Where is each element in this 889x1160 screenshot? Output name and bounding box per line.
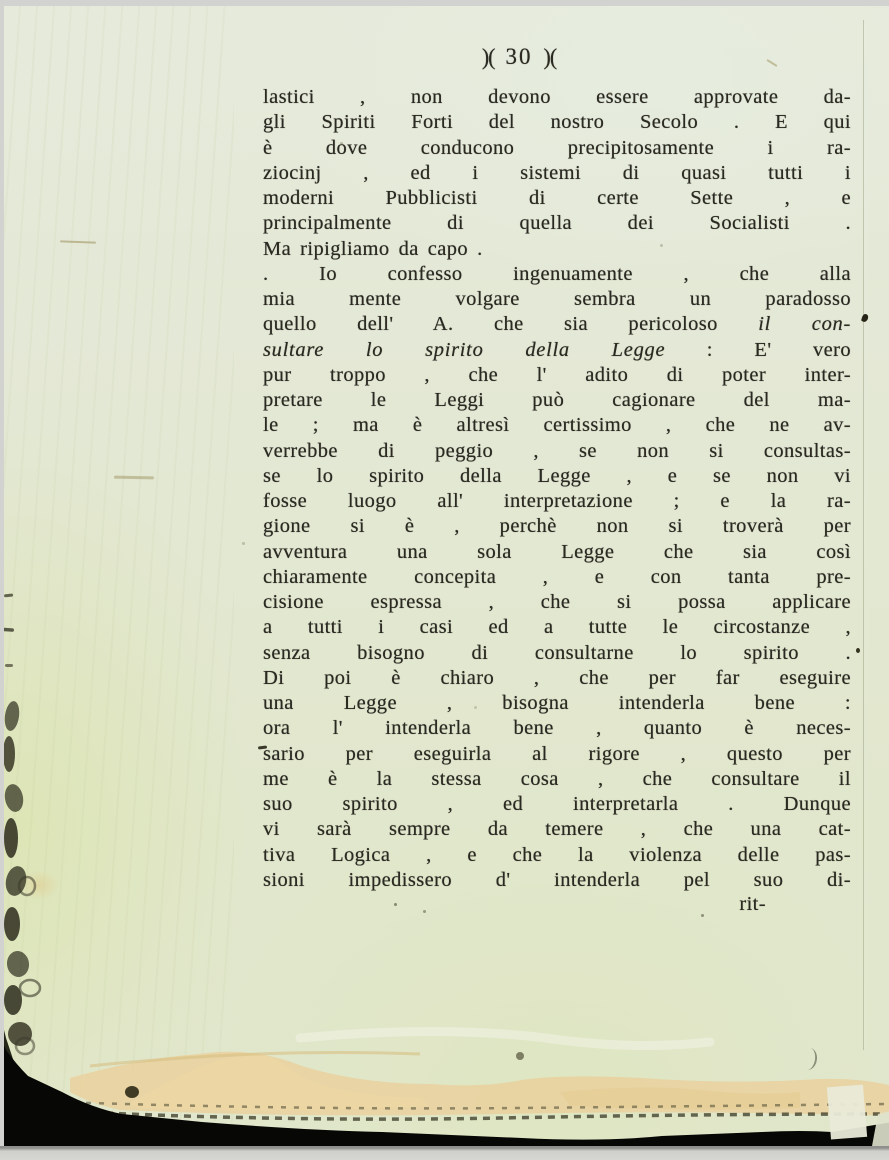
scan-background: )(30)( lastici , non devono essere appro… (0, 0, 889, 1160)
text-line: una Legge , bisogna intenderla bene : (263, 691, 851, 716)
paper-fiber (60, 240, 96, 243)
text-line: senza bisogno di consultarne lo spirito … (263, 641, 851, 666)
text-line: moderni Pubblicisti di certe Sette , e (263, 186, 851, 211)
page-number: 30 (506, 44, 533, 69)
text-line: mia mente volgare sembra un paradosso (263, 287, 851, 312)
text-line: vi sarà sempre da temere , che una cat- (263, 817, 851, 842)
paper-speck (340, 142, 343, 145)
text-line: a tutti i casi ed a tutte le circostanze… (263, 615, 851, 640)
text-line: le ; ma è altresì certissimo , che ne av… (263, 413, 851, 438)
text-line: verrebbe di peggio , se non si consultas… (263, 439, 851, 464)
text-line: avventura una sola Legge che sia così (263, 540, 851, 565)
text-line: fosse luogo all' interpretazione ; e la … (263, 489, 851, 514)
paper-speck (242, 542, 245, 545)
text-line: lastici , non devono essere approvate da… (263, 85, 851, 110)
page-bottom-torn-edge (4, 996, 889, 1146)
text-block: lastici , non devono essere approvate da… (263, 85, 851, 893)
text-line: quello dell' A. che sia pericoloso il co… (263, 312, 851, 337)
text-line: suo spirito , ed interpretarla . Dunque (263, 792, 851, 817)
text-line: cisione espressa , che si possa applicar… (263, 590, 851, 615)
text-line: sioni impedissero d' intenderla pel suo … (263, 868, 851, 893)
text-line: pretare le Leggi può cagionare del ma- (263, 388, 851, 413)
page-crease (863, 20, 864, 1050)
text-line: chiaramente concepita , e con tanta pre- (263, 565, 851, 590)
catchword-row: rit- (263, 893, 851, 916)
text-line: ora l' intenderla bene , quanto è neces- (263, 716, 851, 741)
ink-blot (861, 313, 869, 322)
paper-speck (660, 244, 663, 247)
header-ornament-right: )( (544, 43, 557, 70)
page-header: )(30)( (414, 44, 624, 70)
paper-fiber (766, 59, 777, 67)
ink-blot (856, 648, 860, 653)
paper-fiber (114, 476, 154, 479)
text-line: me è la stessa cosa , che consultare il (263, 767, 851, 792)
paper-speck (474, 706, 477, 709)
text-line: se lo spirito della Legge , e se non vi (263, 464, 851, 489)
text-line: principalmente di quella dei Socialisti … (263, 211, 851, 236)
text-line: sario per eseguirla al rigore , questo p… (263, 742, 851, 767)
text-line: sultare lo spirito della Legge : E' vero (263, 338, 851, 363)
faint-dot (423, 910, 426, 913)
paper-speck (608, 92, 612, 95)
text-line: tiva Logica , e che la violenza delle pa… (263, 843, 851, 868)
text-line: . Io confesso ingenuamente , che alla (263, 262, 851, 287)
book-page: )(30)( lastici , non devono essere appro… (4, 6, 889, 1146)
text-line: Ma ripigliamo da capo . (263, 237, 851, 262)
scanner-bed-strip (0, 1146, 889, 1160)
faint-dot (394, 903, 397, 906)
catchword: rit- (739, 893, 766, 915)
text-line: Di poi è chiaro , che per far eseguire (263, 666, 851, 691)
text-line: gli Spiriti Forti del nostro Secolo . E … (263, 110, 851, 135)
text-line: è dove conducono precipitosamente i ra- (263, 136, 851, 161)
text-line: pur troppo , che l' adito di poter inter… (263, 363, 851, 388)
header-ornament-left: )( (482, 43, 495, 70)
text-line: gione si è , perchè non si troverà per (263, 514, 851, 539)
text-line: ziocinj , ed i sistemi di quasi tutti i (263, 161, 851, 186)
faint-dot (701, 914, 704, 917)
